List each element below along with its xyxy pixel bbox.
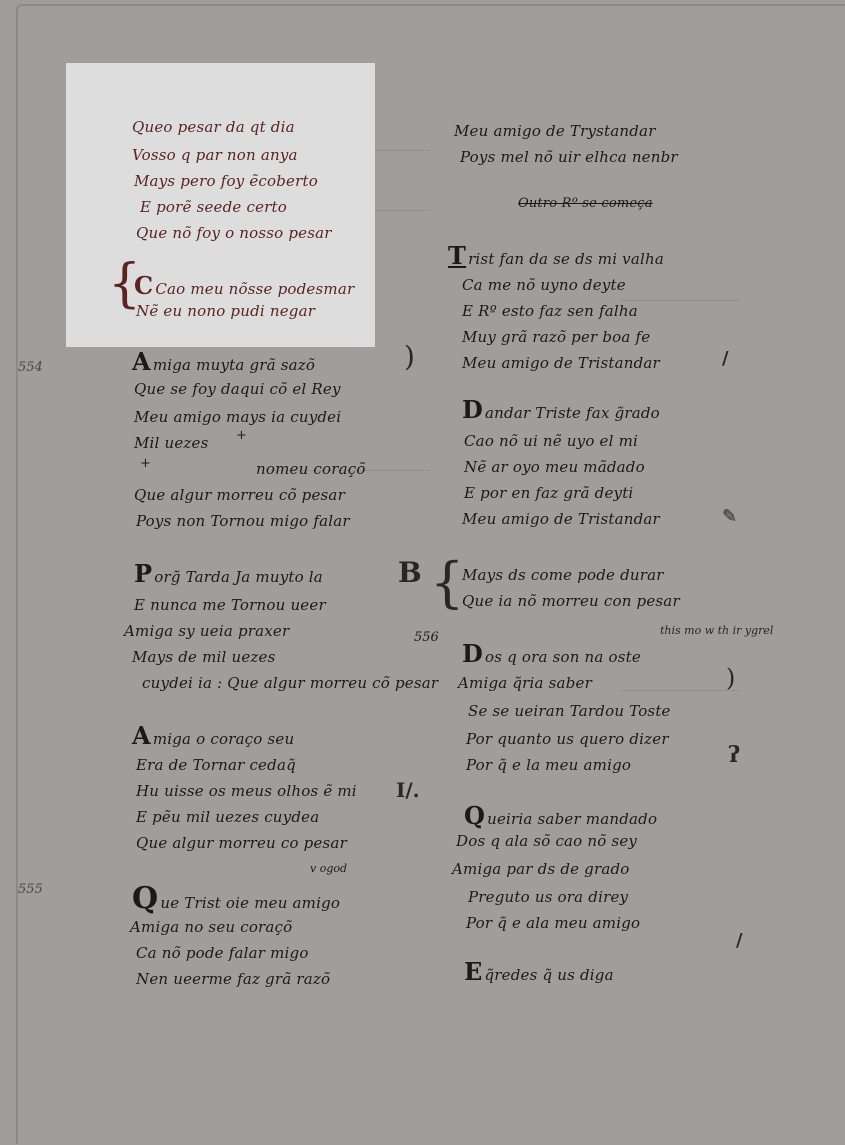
bracket-mark: ) <box>726 664 735 692</box>
verse-line: Amiga muyta grã sazõ <box>132 350 315 374</box>
cross-mark: + <box>236 428 247 443</box>
verse-line: Hu uisse os meus olhos ẽ mi <box>136 782 357 800</box>
verse-line: Preguto us ora direy <box>468 888 628 906</box>
verse-line: Amiga par ds de grado <box>452 860 630 878</box>
verse-line: Ca me nõ uyno deyte <box>462 276 626 294</box>
marginal-note: this mo w th ir ygrel <box>660 624 773 637</box>
margin-mark: / <box>722 348 729 369</box>
verse-line: Nen ueerme faz grã razõ <box>136 970 330 988</box>
verse-line: Meu amigo de Trystandar <box>454 122 656 140</box>
verse-line: Que nõ foy o nosso pesar <box>136 224 332 242</box>
verse-line: Mays ds come pode durar <box>462 566 664 584</box>
verse-line: Dos q ora son na oste <box>462 642 641 666</box>
verse-line: Ca nõ pode falar migo <box>136 944 309 962</box>
manuscript-page: Queo pesar da qt dia Vosso q par non any… <box>0 0 845 1145</box>
verse-line: Mays de mil uezes <box>132 648 276 666</box>
verse-line: Dandar Triste fax g̃rado <box>462 398 660 422</box>
verse-line: Porg̃ Tarda Ja muyto la <box>134 562 323 586</box>
verse-line: Dos q ala sõ cao nõ sey <box>456 832 637 850</box>
interlinear-note: v ogod <box>310 862 347 875</box>
verse-line: Cao nõ ui nẽ uyo el mi <box>464 432 638 450</box>
ruling-line <box>620 690 740 691</box>
verse-line: Queiria saber mandado <box>464 804 657 828</box>
folio-number: 554 <box>18 360 43 375</box>
verse-line: Meu amigo de Tristandar <box>462 510 660 528</box>
verse-line: E por en faz grã deyti <box>464 484 633 502</box>
verse-line: Que Trist oie meu amigo <box>132 884 340 914</box>
ruling-line <box>620 300 740 301</box>
brace-icon: { <box>430 556 464 610</box>
verse-line: Eq̃redes q̃ us diga <box>464 960 614 984</box>
folio-number: 555 <box>18 882 43 897</box>
verse-line: Que ia nõ morreu con pesar <box>462 592 680 610</box>
ink-blot: B <box>398 556 422 589</box>
verse-line: Por q̃ e la meu amigo <box>466 756 631 774</box>
verse-line: cuydei ia : Que algur morreu cõ pesar <box>142 674 438 692</box>
verse-line: E pẽu mil uezes cuydea <box>136 808 319 826</box>
margin-mark: I/. <box>396 778 420 802</box>
verse-line: Mil uezes <box>134 434 209 452</box>
verse-line: CCao meu nõsse podesmar <box>134 274 354 298</box>
verse-line: Amiga no seu coraçõ <box>130 918 292 936</box>
verse-line: Que algur morreu co pesar <box>136 834 347 852</box>
verse-line: Meu amigo de Tristandar <box>462 354 660 372</box>
verse-line: Meu amigo mays ia cuydei <box>134 408 341 426</box>
verse-line: Poys non Tornou migo falar <box>136 512 350 530</box>
verse-line: Vosso q par non anya <box>132 146 298 164</box>
verse-line: Amiga q̃ria saber <box>458 674 592 692</box>
verse-line: Amiga sy ueia praxer <box>124 622 289 640</box>
verse-line: Se se ueiran Tardou Toste <box>468 702 671 720</box>
verse-line: nomeu coraçõ <box>256 460 366 478</box>
verse-line: Que se foy daqui cõ el Rey <box>134 380 341 398</box>
verse-line: Nẽ ar oyo meu mãdado <box>464 458 645 476</box>
margin-mark: / <box>736 930 743 951</box>
verse-line: E nunca me Tornou ueer <box>134 596 326 614</box>
verse-line: E Rº esto faz sen falha <box>462 302 638 320</box>
verse-line: Queo pesar da qt dia <box>132 118 295 136</box>
bracket-mark: ) <box>404 340 415 373</box>
ink-blot: ✎ <box>722 506 737 527</box>
verse-line: E porẽ seede certo <box>140 198 287 216</box>
verse-line: Por q̃ e ala meu amigo <box>466 914 640 932</box>
verse-line: Trist fan da se ds mi valha <box>448 244 664 268</box>
verse-line: Amiga o coraço seu <box>132 724 294 748</box>
margin-mark: ʔ <box>728 742 740 768</box>
struck-heading: Outro Rº se começa <box>518 196 653 211</box>
verse-line: Mays pero foy ẽcoberto <box>134 172 318 190</box>
verse-line: Era de Tornar cedaq̃ <box>136 756 296 774</box>
verse-line: Por quanto us quero dizer <box>466 730 669 748</box>
cross-mark: + <box>140 456 151 471</box>
verse-line: Muy grã razõ per boa fe <box>462 328 650 346</box>
verse-line: Que algur morreu cõ pesar <box>134 486 345 504</box>
verse-line: Nẽ eu nono pudi negar <box>136 302 315 320</box>
folio-number: 556 <box>414 630 439 645</box>
verse-line: Poys mel nõ uir elhca nenbr <box>460 148 678 166</box>
